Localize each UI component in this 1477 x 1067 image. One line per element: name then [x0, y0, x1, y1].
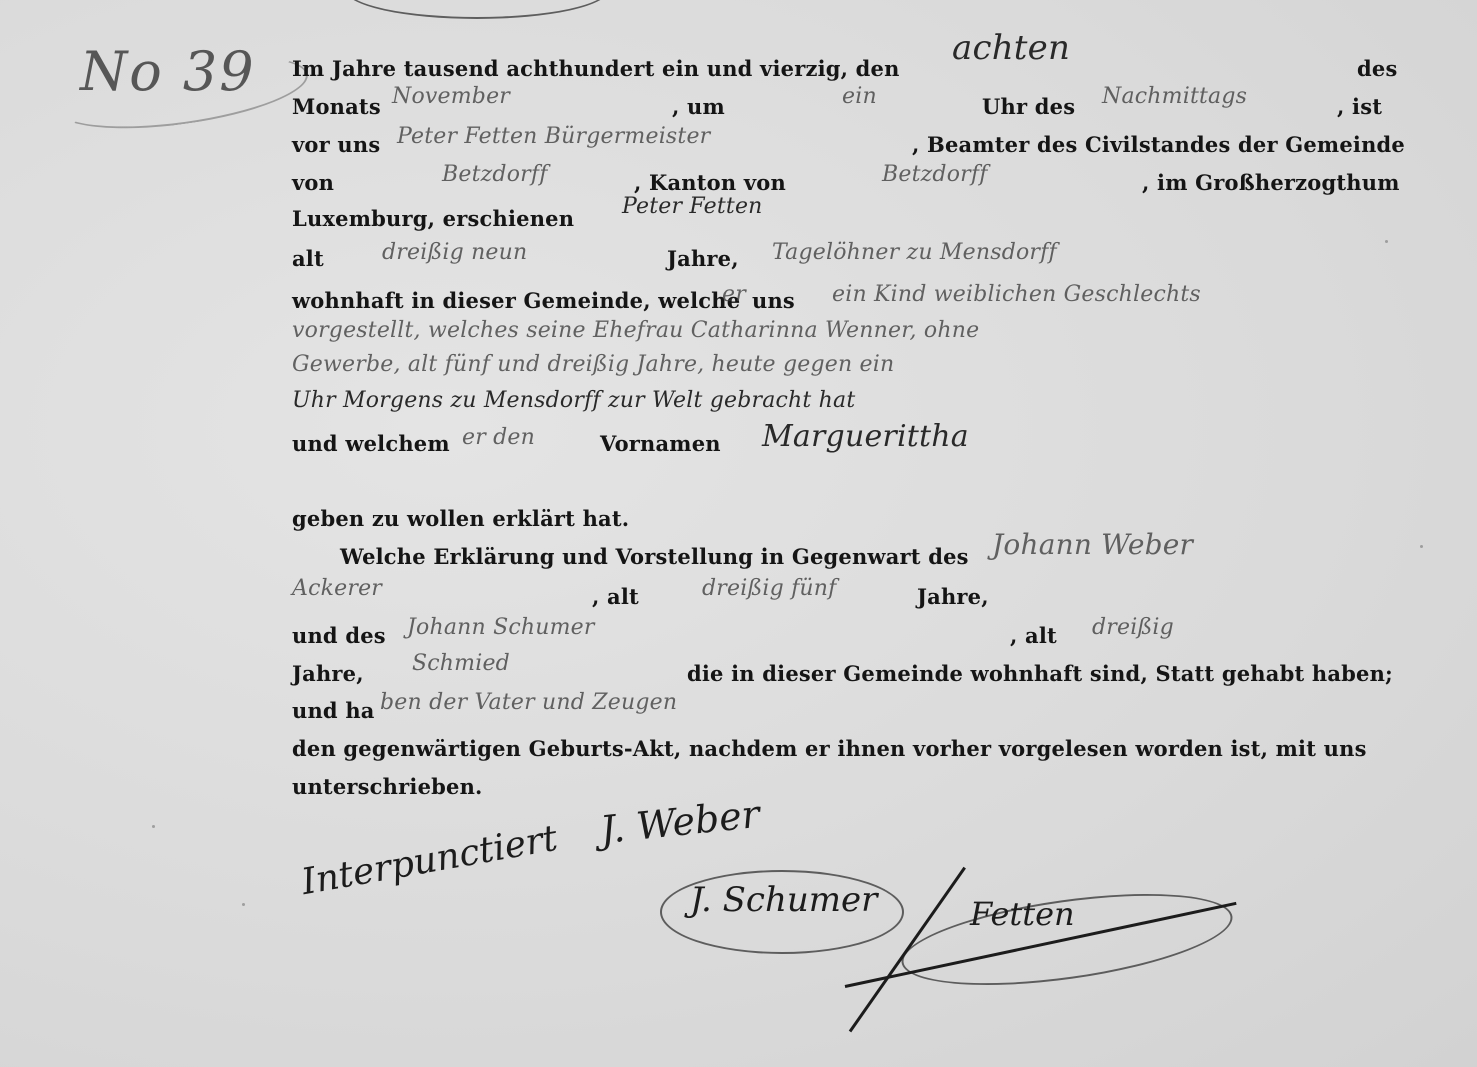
handwritten-text: vorgestellt, welches seine Ehefrau Catha… [292, 318, 979, 343]
handwritten-text: er [722, 282, 746, 307]
printed-text: , alt [1010, 623, 1057, 648]
printed-text: vor uns [292, 132, 380, 157]
paper-speck [152, 825, 155, 828]
printed-text: und des [292, 623, 386, 648]
handwritten-canton: Betzdorff [882, 162, 988, 187]
printed-text: Monats [292, 94, 381, 119]
handwritten-occupation: Tagelöhner zu Mensdorff [772, 240, 1057, 265]
line-16: Jahre, die in dieser Gemeinde wohnhaft s… [292, 655, 1397, 689]
handwritten-hour: ein [842, 84, 877, 109]
line-19: unterschrieben. [292, 768, 1397, 802]
printed-text: , im Großherzogthum [1142, 170, 1400, 195]
line-11: und welchem Vornamen er den Marguerittha [292, 425, 1397, 459]
line-14: , alt Jahre, Ackerer dreißig fünf [292, 578, 1397, 612]
printed-text: , Kanton von [634, 170, 786, 195]
printed-text: uns [752, 288, 795, 313]
handwritten-commune: Betzdorff [442, 162, 548, 187]
handwritten-witness-1-occupation: Ackerer [292, 576, 382, 601]
printed-text: Jahre, [917, 584, 989, 609]
printed-text: und ha [292, 698, 375, 723]
printed-text: und welchem [292, 431, 450, 456]
line-8: vorgestellt, welches seine Ehefrau Catha… [292, 318, 1397, 352]
printed-text: , alt [592, 584, 639, 609]
printed-text: alt [292, 246, 324, 271]
record-number: No 39 [80, 40, 256, 103]
printed-text: Im Jahre tausend achthundert ein und vie… [292, 56, 900, 81]
handwritten-text: ben der Vater und Zeugen [380, 690, 677, 715]
printed-text: Luxemburg, erschienen [292, 206, 574, 231]
line-12: geben zu wollen erklärt hat. [292, 500, 1397, 534]
handwritten-text: ein Kind weiblichen Geschlechts [832, 282, 1201, 307]
handwritten-age: dreißig neun [382, 240, 527, 265]
printed-text: geben zu wollen erklärt hat. [292, 506, 629, 531]
handwritten-month: November [392, 84, 510, 109]
paper-speck [242, 903, 245, 906]
printed-text: Vornamen [600, 431, 721, 456]
line-1: Im Jahre tausend achthundert ein und vie… [292, 50, 1397, 84]
handwritten-day: achten [952, 28, 1070, 68]
printed-text: des [1357, 56, 1397, 81]
handwritten-text: Gewerbe, alt fünf und dreißig Jahre, heu… [292, 352, 894, 377]
line-3: vor uns , Beamter des Civilstandes der G… [292, 126, 1397, 160]
line-15: und des , alt Johann Schumer dreißig [292, 617, 1397, 651]
printed-text: , ist [1337, 94, 1382, 119]
printed-text: , Beamter des Civilstandes der Gemeinde [912, 132, 1405, 157]
handwritten-text: Uhr Morgens zu Mensdorff zur Welt gebrac… [292, 388, 855, 413]
handwritten-text: er den [462, 425, 535, 450]
handwritten-declarant: Peter Fetten [622, 194, 763, 219]
printed-text: Jahre, [292, 661, 364, 686]
line-5: Luxemburg, erschienen Peter Fetten [292, 200, 1397, 234]
line-2: Monats , um Uhr des , ist November ein N… [292, 88, 1397, 122]
handwritten-witness-2: Johann Schumer [407, 615, 595, 640]
signature-officer: Fetten [970, 895, 1075, 933]
printed-text: Uhr des [982, 94, 1075, 119]
paper-speck [1420, 545, 1423, 548]
printed-text: die in dieser Gemeinde wohnhaft sind, St… [687, 661, 1393, 686]
printed-text: Welche Erklärung und Vorstellung in Gege… [340, 544, 969, 569]
line-10: Uhr Morgens zu Mensdorff zur Welt gebrac… [292, 388, 1397, 422]
handwritten-witness-2-occupation: Schmied [412, 651, 510, 676]
line-13: Welche Erklärung und Vorstellung in Gege… [292, 538, 1397, 572]
printed-text: wohnhaft in dieser Gemeinde, welche [292, 288, 740, 313]
handwritten-child-name: Marguerittha [762, 419, 969, 454]
handwritten-time-of-day: Nachmittags [1102, 84, 1247, 109]
handwritten-officer: Peter Fetten Bürgermeister [397, 124, 710, 149]
line-18: den gegenwärtigen Geburts-Akt, nachdem e… [292, 730, 1397, 764]
line-4: von , Kanton von , im Großherzogthum Bet… [292, 164, 1397, 198]
printed-text: von [292, 170, 334, 195]
line-9: Gewerbe, alt fünf und dreißig Jahre, heu… [292, 352, 1397, 386]
line-6: alt Jahre, dreißig neun Tagelöhner zu Me… [292, 240, 1397, 274]
handwritten-witness-1-age: dreißig fünf [702, 576, 837, 601]
printed-text: den gegenwärtigen Geburts-Akt, nachdem e… [292, 736, 1367, 761]
handwritten-witness-1: Johann Weber [992, 528, 1193, 561]
line-17: und ha ben der Vater und Zeugen [292, 692, 1397, 726]
handwritten-witness-2-age: dreißig [1092, 615, 1174, 640]
signature-witness-2: J. Schumer [690, 880, 877, 920]
printed-text: Jahre, [667, 246, 739, 271]
line-7: wohnhaft in dieser Gemeinde, welche uns … [292, 282, 1397, 316]
printed-text: unterschrieben. [292, 774, 483, 799]
printed-text: , um [672, 94, 725, 119]
